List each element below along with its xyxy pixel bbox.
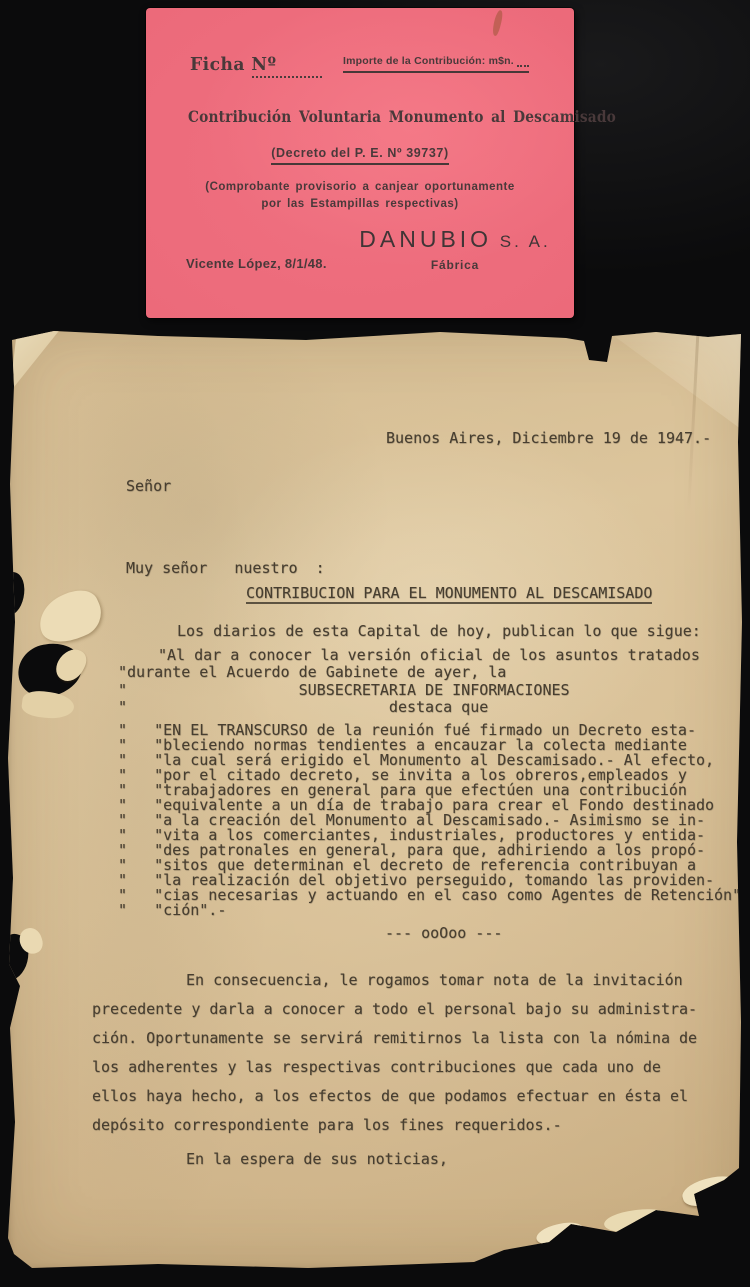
letter-closing-line: los adherentes y las respectivas contrib… bbox=[92, 1059, 661, 1075]
paper-torn-flap-bottom bbox=[680, 1171, 743, 1212]
company-name-main: DANUBIO bbox=[359, 226, 492, 252]
paper-fold-top-left bbox=[10, 322, 66, 392]
card-note-line-2: por las Estampillas respectivas) bbox=[146, 198, 574, 210]
paper-torn-flap bbox=[21, 689, 76, 721]
letter-heading: CONTRIBUCION PARA EL MONUMENTO AL DESCAM… bbox=[246, 585, 652, 604]
paper-torn-flap-bottom bbox=[603, 1206, 671, 1236]
paper-tear-left-upper bbox=[0, 570, 28, 618]
card-note-line-1: (Comprobante provisorio a canjear oportu… bbox=[146, 181, 574, 193]
letter-intro: Los diarios de esta Capital de hoy, publ… bbox=[177, 623, 701, 639]
importe-field: Importe de la Contribución: m$n. bbox=[343, 55, 529, 73]
paper-torn-flap bbox=[31, 583, 108, 651]
contribution-card: Ficha Nº Importe de la Contribución: m$n… bbox=[146, 8, 574, 318]
letter-destaca-line: " destaca que bbox=[118, 699, 488, 715]
company-subtitle: Fábrica bbox=[342, 258, 568, 272]
company-name-suffix: S. A. bbox=[492, 232, 551, 251]
card-title: Contribución Voluntaria Monumento al Des… bbox=[188, 107, 616, 126]
decree-row: (Decreto del P. E. Nº 39737) bbox=[146, 144, 574, 165]
ficha-number-blank-line bbox=[252, 58, 322, 78]
company-name: DANUBIO S. A. bbox=[342, 226, 568, 253]
letter-subsecretaria-line: " SUBSECRETARIA DE INFORMACIONES bbox=[118, 682, 570, 698]
decree-line: (Decreto del P. E. Nº 39737) bbox=[271, 146, 448, 165]
letter-farewell: En la espera de sus noticias, bbox=[186, 1151, 448, 1167]
importe-blank-line bbox=[517, 55, 529, 67]
card-place-date: Vicente López, 8/1/48. bbox=[186, 256, 327, 271]
letter-closing-line: ellos haya hecho, a los efectos de que p… bbox=[92, 1088, 688, 1104]
importe-label: Importe de la Contribución: m$n. bbox=[343, 55, 514, 67]
letter-closing-line: En consecuencia, le rogamos tomar nota d… bbox=[186, 972, 683, 988]
letter-quote-open-1: "Al dar a conocer la versión oficial de … bbox=[158, 647, 700, 663]
letter-closing-line: precedente y darla a conocer a todo el p… bbox=[92, 1001, 697, 1017]
letter-date: Buenos Aires, Diciembre 19 de 1947.- bbox=[386, 430, 711, 446]
paper-torn-flap-bottom bbox=[534, 1219, 585, 1249]
photo-background: Ficha Nº Importe de la Contribución: m$n… bbox=[0, 0, 750, 1287]
letter-paper: Buenos Aires, Diciembre 19 de 1947.- Señ… bbox=[8, 322, 745, 1270]
letter-greeting: Muy señor nuestro : bbox=[126, 560, 325, 576]
card-stain bbox=[491, 10, 504, 37]
letter-separator: --- ooOoo --- bbox=[385, 925, 502, 941]
letter-quote-open-2: "durante el Acuerdo de Gabinete de ayer,… bbox=[118, 664, 506, 680]
paper-fold-top-right bbox=[595, 322, 745, 432]
letter-closing-line: depósito correspondiente para los fines … bbox=[92, 1117, 562, 1133]
letter-salutation: Señor bbox=[126, 478, 171, 494]
letter-quoted-line: " "ción".- bbox=[118, 902, 226, 918]
letter-closing-line: ción. Oportunamente se servirá remitirno… bbox=[92, 1030, 697, 1046]
